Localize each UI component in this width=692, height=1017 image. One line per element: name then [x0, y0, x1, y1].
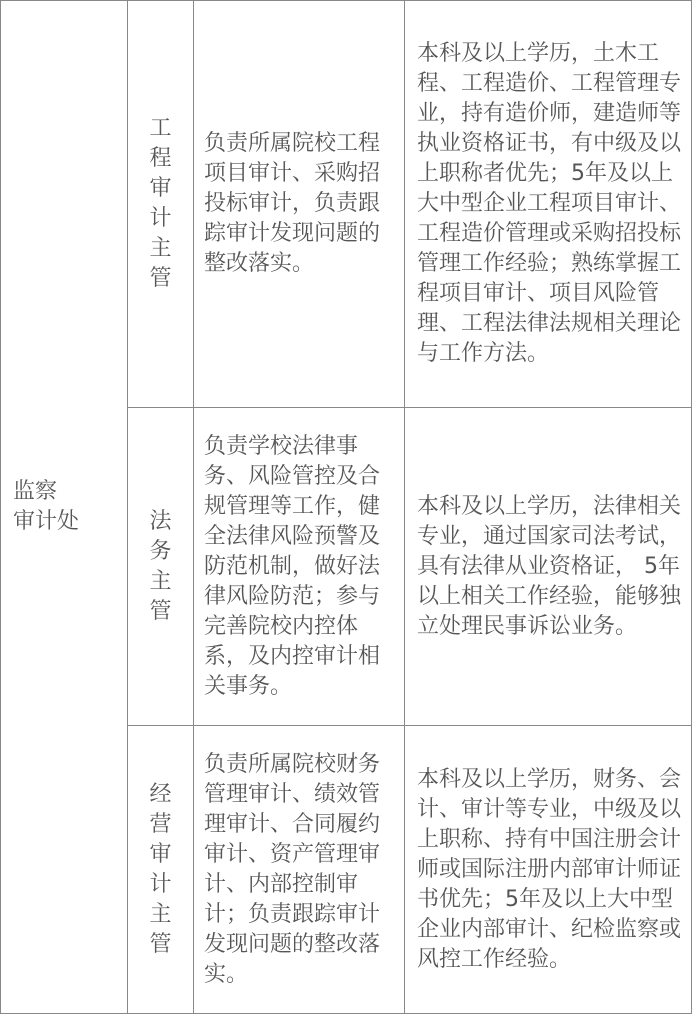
department-name-line1: 监察	[13, 477, 127, 507]
job-requirements-table: 监察 审计处 工程审计主管 负责所属院校工程项目审计、采购招投标审计，负责跟踪审…	[0, 0, 692, 1014]
requirements-cell: 本科及以上学历，土木工程、工程造价、工程管理专业，持有造价师，建造师等执业资格证…	[405, 1, 692, 408]
duties-cell: 负责所属院校工程项目审计、采购招投标审计，负责跟踪审计发现问题的整改落实。	[194, 1, 405, 408]
requirements-cell: 本科及以上学历，法律相关专业，通过国家司法考试，具有法律从业资格证， 5年以上相…	[405, 408, 692, 726]
duties-cell: 负责所属院校财务管理审计、绩效管理审计、合同履约审计、资产管理审计、内部控制审计…	[194, 726, 405, 1014]
position-cell: 工程审计主管	[128, 1, 194, 408]
position-title: 法务主管	[149, 507, 173, 627]
table-row: 监察 审计处 工程审计主管 负责所属院校工程项目审计、采购招投标审计，负责跟踪审…	[1, 1, 692, 408]
duties-cell: 负责学校法律事务、风险管控及合规管理等工作，健全法律风险预警及防范机制，做好法律…	[194, 408, 405, 726]
department-cell: 监察 审计处	[1, 1, 128, 1014]
department-name-line2: 审计处	[13, 507, 127, 537]
position-cell: 法务主管	[128, 408, 194, 726]
position-cell: 经营审计主管	[128, 726, 194, 1014]
position-title: 工程审计主管	[149, 114, 173, 294]
position-title: 经营审计主管	[149, 780, 173, 960]
requirements-cell: 本科及以上学历，财务、会计、审计等专业，中级及以上职称、持有中国注册会计师或国际…	[405, 726, 692, 1014]
